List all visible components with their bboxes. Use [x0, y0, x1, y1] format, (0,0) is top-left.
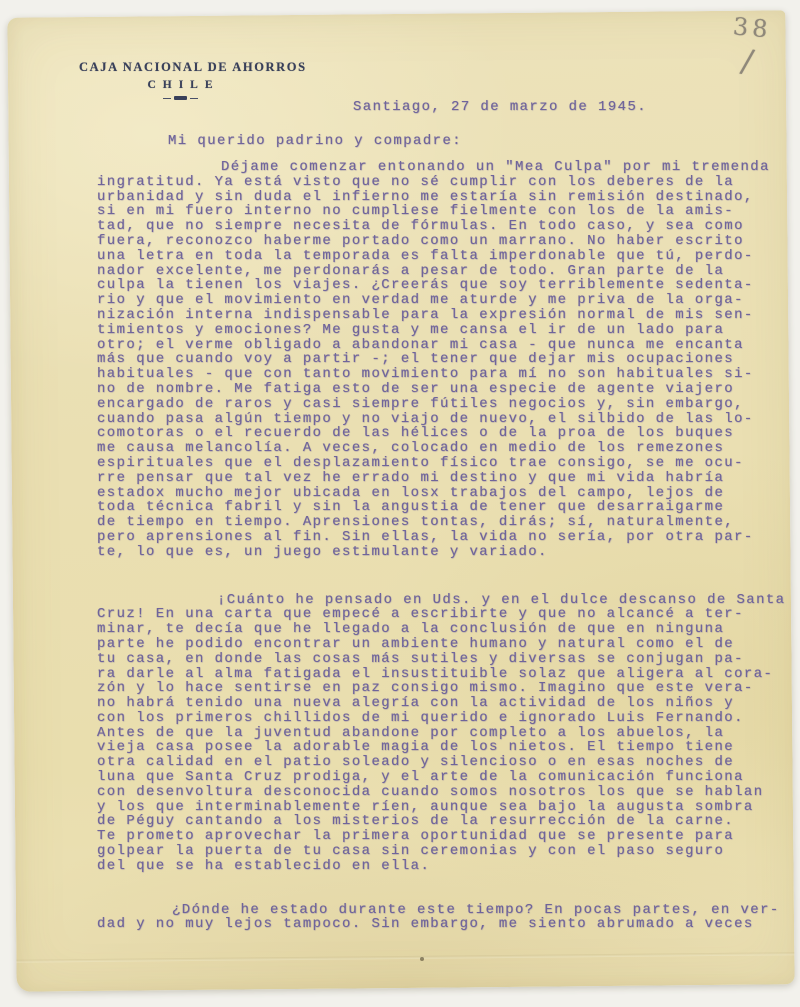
salutation: Mi querido padrino y compadre:	[168, 134, 462, 149]
rule-segment	[190, 98, 198, 99]
scanned-letter: CAJA NACIONAL DE AHORROS CHILE 38 ∕ Sant…	[0, 0, 800, 1007]
rule-segment	[163, 98, 171, 99]
paper-speck	[420, 957, 424, 961]
paragraph-2: ¡Cuánto he pensado en Uds. y en el dulce…	[97, 593, 791, 874]
letterhead-rule	[160, 96, 200, 100]
letter-content: CAJA NACIONAL DE AHORROS CHILE 38 ∕ Sant…	[0, 0, 800, 1007]
rule-bar	[174, 96, 187, 100]
paragraph-3: ¿Dónde he estado durante este tiempo? En…	[97, 903, 791, 933]
letterhead-organization: CAJA NACIONAL DE AHORROS	[79, 60, 281, 75]
paragraph-1: Déjame comenzar entonando un "Mea Culpa"…	[97, 160, 791, 560]
letterhead-country: CHILE	[79, 79, 281, 91]
letterhead: CAJA NACIONAL DE AHORROS CHILE	[79, 60, 281, 100]
pencil-page-number: 38	[732, 12, 773, 43]
pencil-check-mark: ∕	[738, 41, 756, 80]
letter-body: Déjame comenzar entonando un "Mea Culpa"…	[97, 160, 791, 932]
dateline: Santiago, 27 de marzo de 1945.	[353, 100, 647, 115]
